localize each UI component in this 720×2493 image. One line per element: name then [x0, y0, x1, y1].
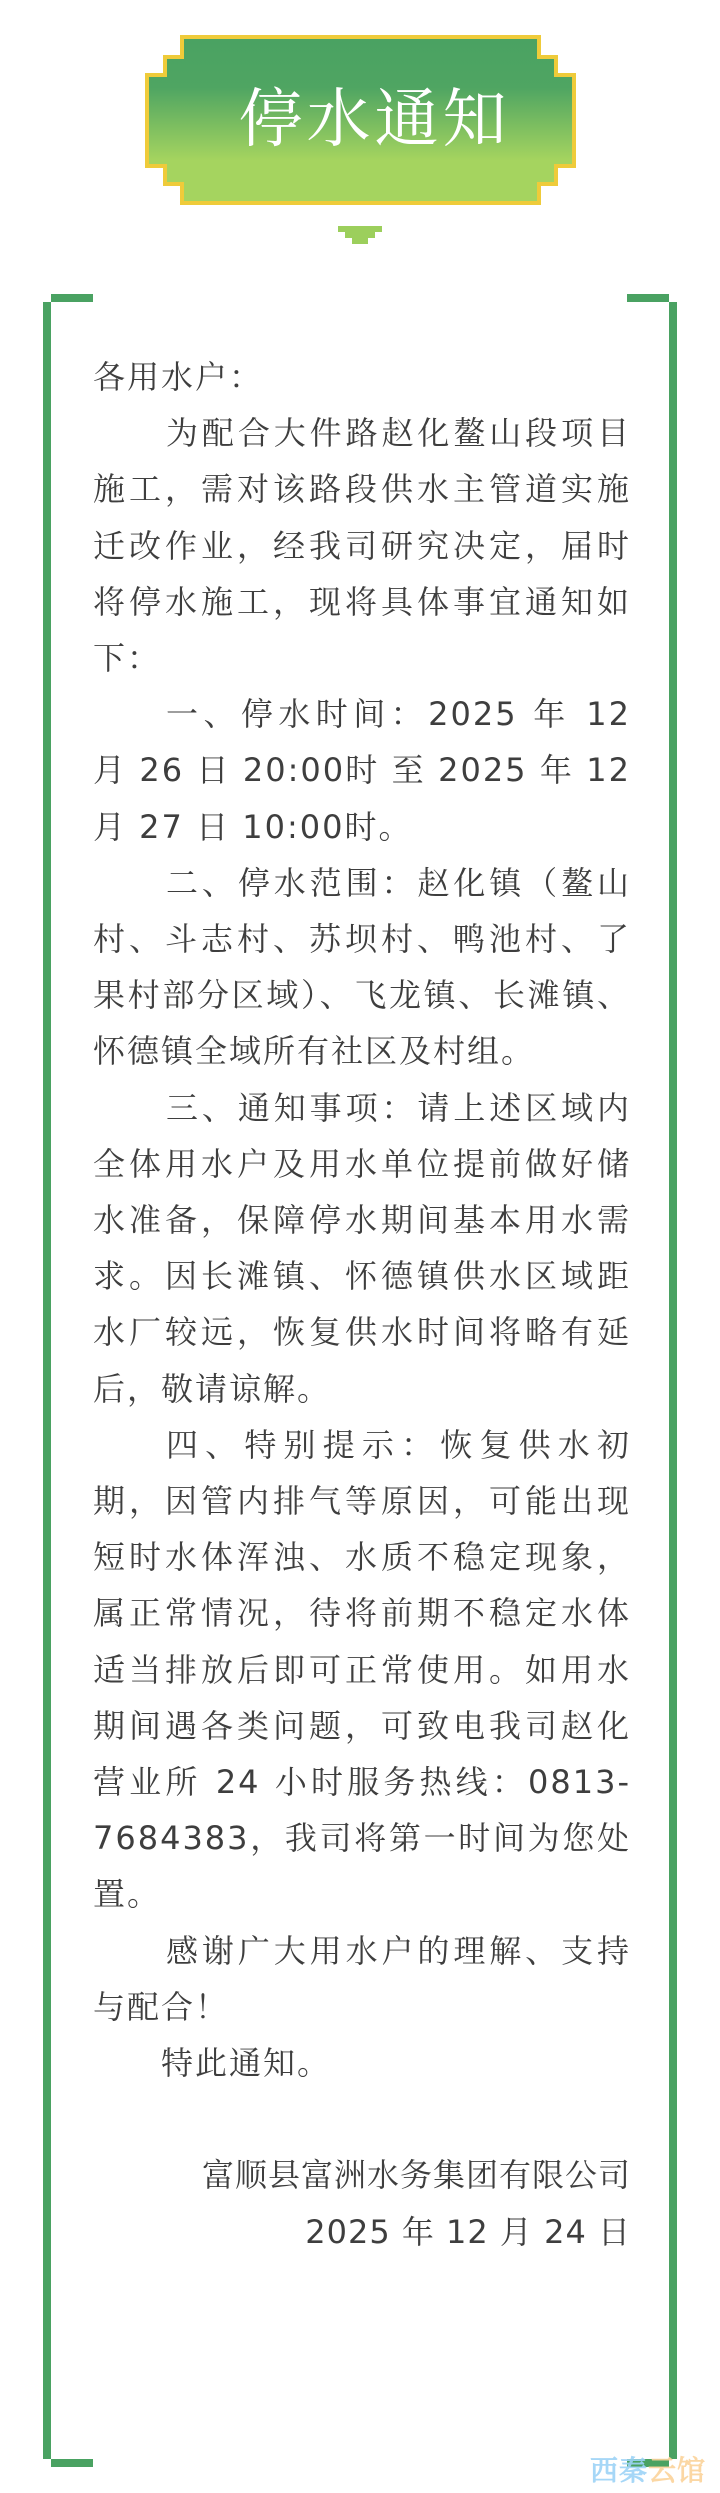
spacer [93, 2091, 631, 2147]
frame-corner-bottom-left [51, 2459, 93, 2467]
item-heading: 一、停水时间： [166, 695, 428, 733]
watermark-part2: 云馆 [648, 2454, 706, 2487]
item-outage-time: 一、停水时间：2025 年 12 月 26 日 20:00时 至 2025 年 … [93, 686, 631, 855]
item-text: 恢复供水初期，因管内排气等原因，可能出现短时水体浑浊、水质不稳定现象，属正常情况… [93, 1426, 631, 1914]
item-heading: 三、通知事项： [166, 1089, 417, 1127]
closing-line: 特此通知。 [93, 2035, 631, 2091]
item-outage-scope: 二、停水范围：赵化镇（鳌山村、斗志村、苏坝村、鸭池村、了果村部分区域）、飞龙镇、… [93, 855, 631, 1080]
item-heading: 二、停水范围： [166, 864, 417, 902]
page-title: 停水通知 [145, 35, 576, 205]
signature-date: 2025 年 12 月 24 日 [93, 2204, 631, 2260]
title-banner: 停水通知 [145, 35, 576, 205]
item-text: 请上述区域内全体用水户及用水单位提前做好储水准备，保障停水期间基本用水需求。因长… [93, 1089, 631, 1408]
frame-left-border [43, 302, 51, 2459]
intro-paragraph: 为配合大件路赵化鳌山段项目施工，需对该路段供水主管道实施迁改作业，经我司研究决定… [93, 405, 631, 686]
item-heading: 四、特别提示： [166, 1426, 440, 1464]
frame-corner-top-right [627, 294, 669, 302]
down-arrow-icon [338, 226, 382, 244]
thanks-paragraph: 感谢广大用水户的理解、支持与配合！ [93, 1923, 631, 2035]
signature-company: 富顺县富洲水务集团有限公司 [93, 2147, 631, 2203]
item-notes: 三、通知事项：请上述区域内全体用水户及用水单位提前做好储水准备，保障停水期间基本… [93, 1080, 631, 1417]
frame-corner-top-left [51, 294, 93, 302]
notice-body: 各用水户： 为配合大件路赵化鳌山段项目施工，需对该路段供水主管道实施迁改作业，经… [93, 349, 631, 2260]
watermark-part1: 西秦 [590, 2454, 648, 2487]
item-special-reminder: 四、特别提示：恢复供水初期，因管内排气等原因，可能出现短时水体浑浊、水质不稳定现… [93, 1417, 631, 1923]
watermark-logo: 西秦云馆 [590, 2454, 706, 2488]
salutation: 各用水户： [93, 349, 631, 405]
frame-right-border [669, 302, 677, 2459]
